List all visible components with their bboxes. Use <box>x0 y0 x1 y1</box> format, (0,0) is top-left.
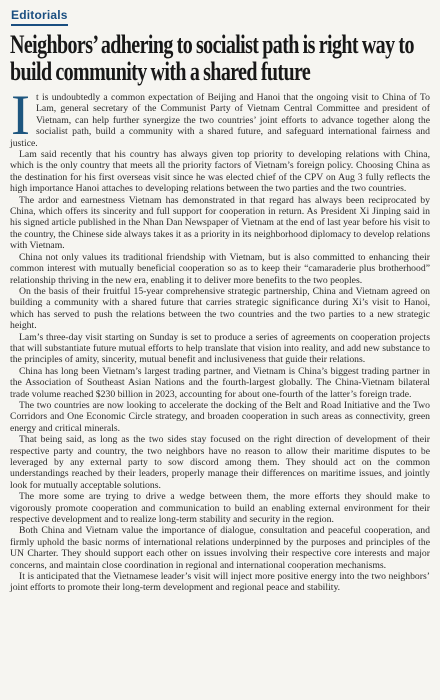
article-paragraph: The ardor and earnestness Vietnam has de… <box>10 195 430 252</box>
article-paragraph: China has long been Vietnam’s largest tr… <box>10 366 430 400</box>
paragraph-text: t is undoubtedly a common expectation of… <box>10 92 430 149</box>
article-paragraph: Lam said recently that his country has a… <box>10 149 430 195</box>
article-paragraph: Both China and Vietnam value the importa… <box>10 525 430 571</box>
article-paragraph: The more some are trying to drive a wedg… <box>10 491 430 525</box>
headline: Neighbors’ adhering to socialist path is… <box>10 32 430 87</box>
article-paragraph: It is anticipated that the Vietnamese le… <box>10 571 430 594</box>
article-paragraph: China not only values its traditional fr… <box>10 252 430 286</box>
article-paragraph: That being said, as long as the two side… <box>10 434 430 491</box>
section-label: Editorials <box>11 8 68 26</box>
article-body: It is undoubtedly a common expectation o… <box>10 92 430 594</box>
article-paragraph: Lam’s three-day visit starting on Sunday… <box>10 332 430 366</box>
editorial-page: Editorials Neighbors’ adhering to social… <box>0 0 440 700</box>
article-paragraph: On the basis of their fruitful 15-year c… <box>10 286 430 332</box>
article-header: Editorials Neighbors’ adhering to social… <box>10 6 430 74</box>
article-paragraph: It is undoubtedly a common expectation o… <box>10 92 430 149</box>
drop-cap: I <box>11 92 30 137</box>
article-paragraph: The two countries are now looking to acc… <box>10 400 430 434</box>
